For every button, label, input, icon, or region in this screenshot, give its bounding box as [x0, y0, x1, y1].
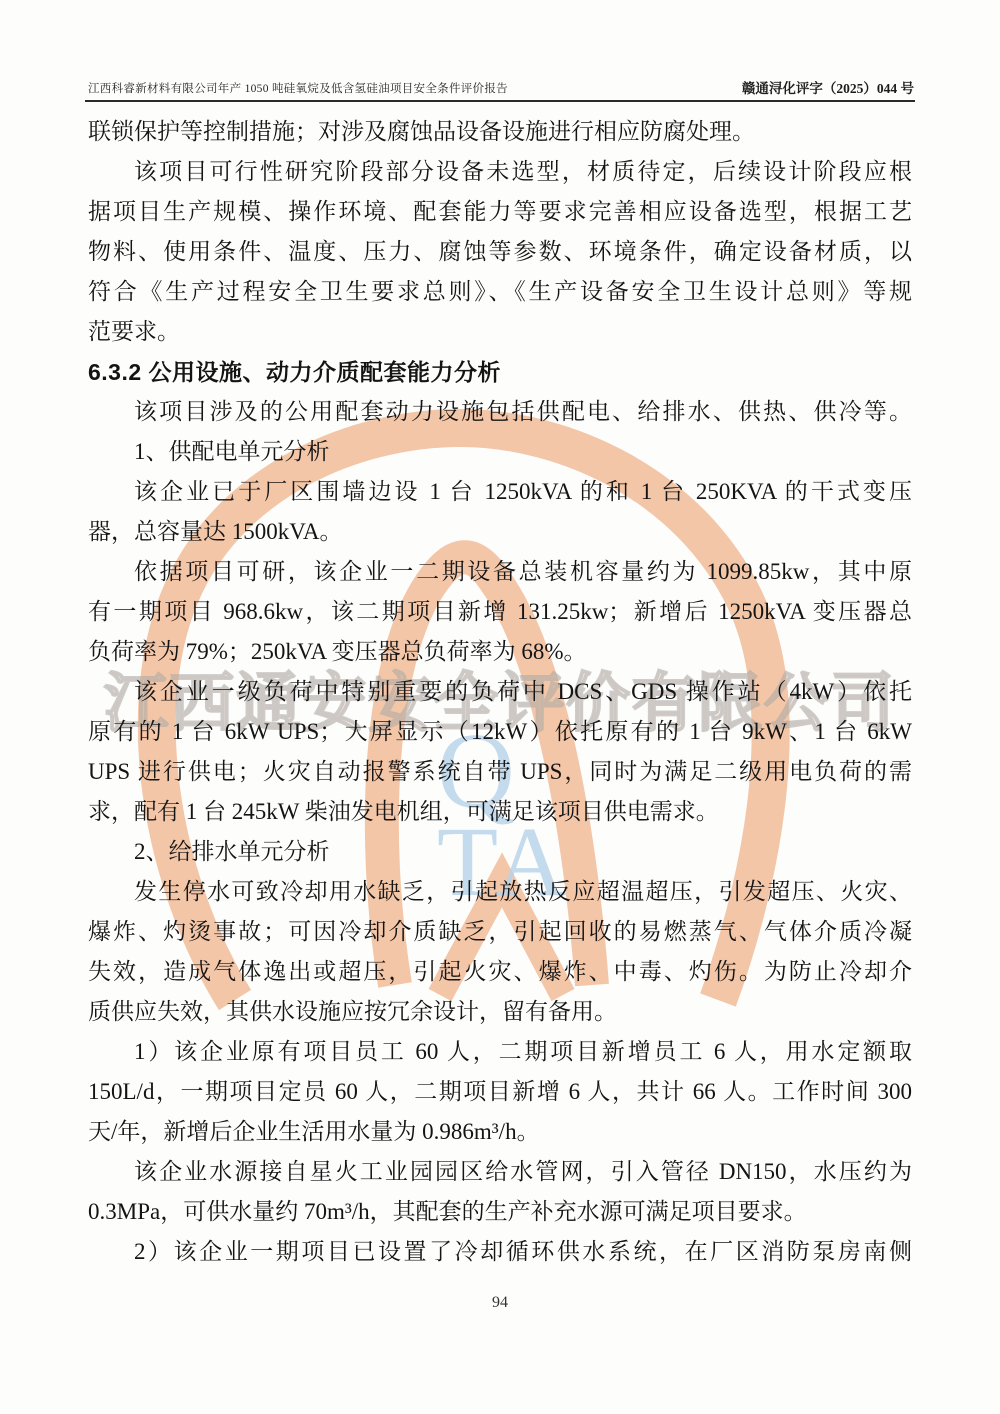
text-line: 失效，造成气体逸出或超压，引起火灾、爆炸、中毒、灼伤。为防止冷却介 [88, 952, 912, 992]
text-line: 有一期项目 968.6kw，该二期项目新增 131.25kw；新增后 1250k… [88, 592, 912, 632]
section-heading: 6.3.2 公用设施、动力介质配套能力分析 [88, 352, 912, 392]
text-line: 器，总容量达 1500kVA。 [88, 512, 912, 552]
text-line: 2）该企业一期项目已设置了冷却循环供水系统，在厂区消防泵房南侧 [88, 1232, 912, 1272]
text-line: 该企业水源接自星火工业园园区给水管网，引入管径 DN150，水压约为 [88, 1152, 912, 1192]
header-report-title: 江西科睿新材料有限公司年产 1050 吨硅氧烷及低含氢硅油项目安全条件评价报告 [88, 80, 508, 96]
text-line: 该项目可行性研究阶段部分设备未选型，材质待定，后续设计阶段应根 [88, 152, 912, 192]
text-line: 范要求。 [88, 312, 912, 352]
text-line: 该企业一级负荷中特别重要的负荷中 DCS、GDS 操作站（4kW）依托 [88, 672, 912, 712]
text-line: 1、供配电单元分析 [88, 432, 912, 472]
header-rule [85, 100, 915, 102]
text-line: 发生停水可致冷却用水缺乏，引起放热反应超温超压，引发超压、火灾、 [88, 872, 912, 912]
text-line: 天/年，新增后企业生活用水量为 0.986m³/h。 [88, 1112, 912, 1152]
text-line: 该项目涉及的公用配套动力设施包括供配电、给排水、供热、供冷等。 [88, 392, 912, 432]
text-line: 据项目生产规模、操作环境、配套能力等要求完善相应设备选型，根据工艺 [88, 192, 912, 232]
text-line: 联锁保护等控制措施；对涉及腐蚀品设备设施进行相应防腐处理。 [88, 112, 912, 152]
text-line: UPS 进行供电；火灾自动报警系统自带 UPS，同时为满足二级用电负荷的需 [88, 752, 912, 792]
text-line: 质供应失效，其供水设施应按冗余设计，留有备用。 [88, 992, 912, 1032]
text-line: 0.3MPa，可供水量约 70m³/h，其配套的生产补充水源可满足项目要求。 [88, 1192, 912, 1232]
text-line: 爆炸、灼烫事故；可因冷却介质缺乏，引起回收的易燃蒸气、气体介质冷凝 [88, 912, 912, 952]
report-page: Q TA 江西通安安全评价有限公司 江西科睿新材料有限公司年产 1050 吨硅氧… [0, 0, 1000, 1414]
text-line: 150L/d，一期项目定员 60 人，二期项目新增 6 人，共计 66 人。工作… [88, 1072, 912, 1112]
text-line: 物料、使用条件、温度、压力、腐蚀等参数、环境条件，确定设备材质，以 [88, 232, 912, 272]
text-line: 原有的 1 台 6kW UPS；大屏显示（12kW）依托原有的 1 台 9kW、… [88, 712, 912, 752]
document-body: 联锁保护等控制措施；对涉及腐蚀品设备设施进行相应防腐处理。 该项目可行性研究阶段… [88, 112, 912, 1272]
header-doc-number: 赣通浔化评字（2025）044 号 [742, 77, 914, 97]
page-number: 94 [0, 1294, 1000, 1312]
text-line: 该企业已于厂区围墙边设 1 台 1250kVA 的和 1 台 250KVA 的干… [88, 472, 912, 512]
text-line: 负荷率为 79%；250kVA 变压器总负荷率为 68%。 [88, 632, 912, 672]
text-line: 2、给排水单元分析 [88, 832, 912, 872]
text-line: 求，配有 1 台 245kW 柴油发电机组，可满足该项目供电需求。 [88, 792, 912, 832]
text-line: 符合《生产过程安全卫生要求总则》、《生产设备安全卫生设计总则》等规 [88, 272, 912, 312]
text-line: 依据项目可研，该企业一二期设备总装机容量约为 1099.85kw，其中原 [88, 552, 912, 592]
text-line: 1）该企业原有项目员工 60 人，二期项目新增员工 6 人，用水定额取 [88, 1032, 912, 1072]
